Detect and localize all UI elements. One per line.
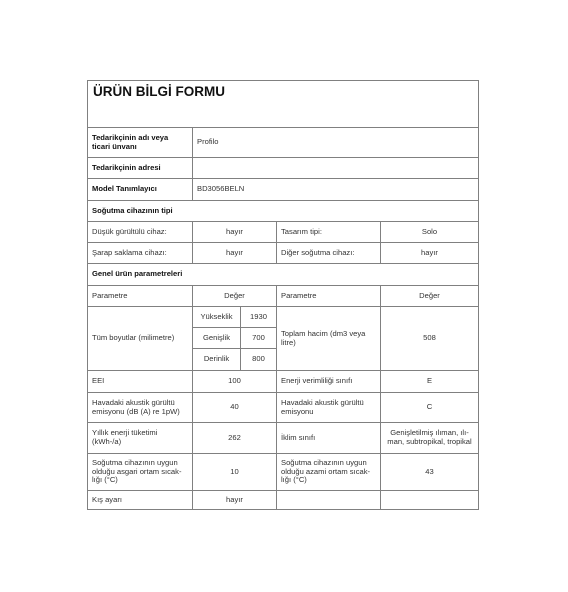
max-temp-unit: °C) bbox=[296, 475, 307, 484]
supplier-address-value bbox=[192, 157, 479, 179]
supplier-name-label: Tedarikçinin adı veya ticari ünvanı bbox=[87, 127, 193, 158]
model-value: BD3056BELN bbox=[192, 178, 479, 201]
other-cooling-label: Diğer soğutma cihazı: bbox=[276, 242, 381, 264]
dimensions-label: Tüm boyutlar (milimetre) bbox=[87, 306, 193, 371]
supplier-address-label: Tedarikçinin adresi bbox=[87, 157, 193, 179]
noise-emission-label: Havadaki akustik gürültü emisyonu (dB (A… bbox=[87, 392, 193, 423]
min-temp-value: 10 bbox=[192, 453, 277, 491]
empty-cell bbox=[276, 490, 381, 510]
column-header-value: Değer bbox=[192, 285, 277, 307]
width-label: Genişlik bbox=[192, 327, 241, 349]
product-information-sheet: ÜRÜN BİLGİ FORMU Tedarikçinin adı veya t… bbox=[87, 80, 479, 510]
other-cooling-value: hayır bbox=[380, 242, 479, 264]
column-header-parameter-2: Parametre bbox=[276, 285, 381, 307]
max-temp-value: 43 bbox=[380, 453, 479, 491]
energy-class-value: E bbox=[380, 370, 479, 393]
low-noise-label: Düşük gürültülü cihaz: bbox=[87, 221, 193, 243]
column-header-value-2: Değer bbox=[380, 285, 479, 307]
column-header-parameter: Parametre bbox=[87, 285, 193, 307]
supplier-name-value: Profilo bbox=[192, 127, 479, 158]
depth-value: 800 bbox=[240, 348, 277, 371]
noise-emission-value: 40 bbox=[192, 392, 277, 423]
noise-class-value: C bbox=[380, 392, 479, 423]
wine-storage-value: hayır bbox=[192, 242, 277, 264]
climate-class-value: Genişletilmiş ılıman, ılı-man, subtropik… bbox=[380, 422, 479, 454]
model-label: Model Tanımlayıcı bbox=[87, 178, 193, 201]
depth-label: Derinlik bbox=[192, 348, 241, 371]
annual-energy-label: Yıllık enerji tüketimi (kWh-/a) bbox=[87, 422, 193, 454]
design-type-label: Tasarım tipi: bbox=[276, 221, 381, 243]
total-volume-value: 508 bbox=[380, 306, 479, 371]
climate-class-label: İklim sınıfı bbox=[276, 422, 381, 454]
min-temp-unit: °C) bbox=[107, 475, 118, 484]
min-temp-label-text: Soğutma cihazının uygun olduğu asgari or… bbox=[92, 458, 181, 484]
cooling-type-heading: Soğutma cihazının tipi bbox=[87, 200, 479, 222]
general-parameters-heading: Genel ürün parametreleri bbox=[87, 263, 479, 286]
annual-energy-value: 262 bbox=[192, 422, 277, 454]
winter-setting-value: hayır bbox=[192, 490, 277, 510]
eei-value: 100 bbox=[192, 370, 277, 393]
design-type-value: Solo bbox=[380, 221, 479, 243]
low-noise-value: hayır bbox=[192, 221, 277, 243]
noise-class-label: Havadaki akustik gürültü emisyonu bbox=[276, 392, 381, 423]
total-volume-label: Toplam hacim (dm3 veya litre) bbox=[276, 306, 381, 371]
min-temp-label: Soğutma cihazının uygun olduğu asgari or… bbox=[87, 453, 193, 491]
energy-class-label: Enerji verimliliği sınıfı bbox=[276, 370, 381, 393]
max-temp-label: Soğutma cihazının uygun olduğu azami ort… bbox=[276, 453, 381, 491]
empty-cell bbox=[380, 490, 479, 510]
winter-setting-label: Kış ayarı bbox=[87, 490, 193, 510]
wine-storage-label: Şarap saklama cihazı: bbox=[87, 242, 193, 264]
height-label: Yükseklik bbox=[192, 306, 241, 328]
height-value: 1930 bbox=[240, 306, 277, 328]
width-value: 700 bbox=[240, 327, 277, 349]
eei-label: EEI bbox=[87, 370, 193, 393]
form-title: ÜRÜN BİLGİ FORMU bbox=[87, 80, 479, 128]
max-temp-label-text: Soğutma cihazının uygun olduğu azami ort… bbox=[281, 458, 370, 484]
